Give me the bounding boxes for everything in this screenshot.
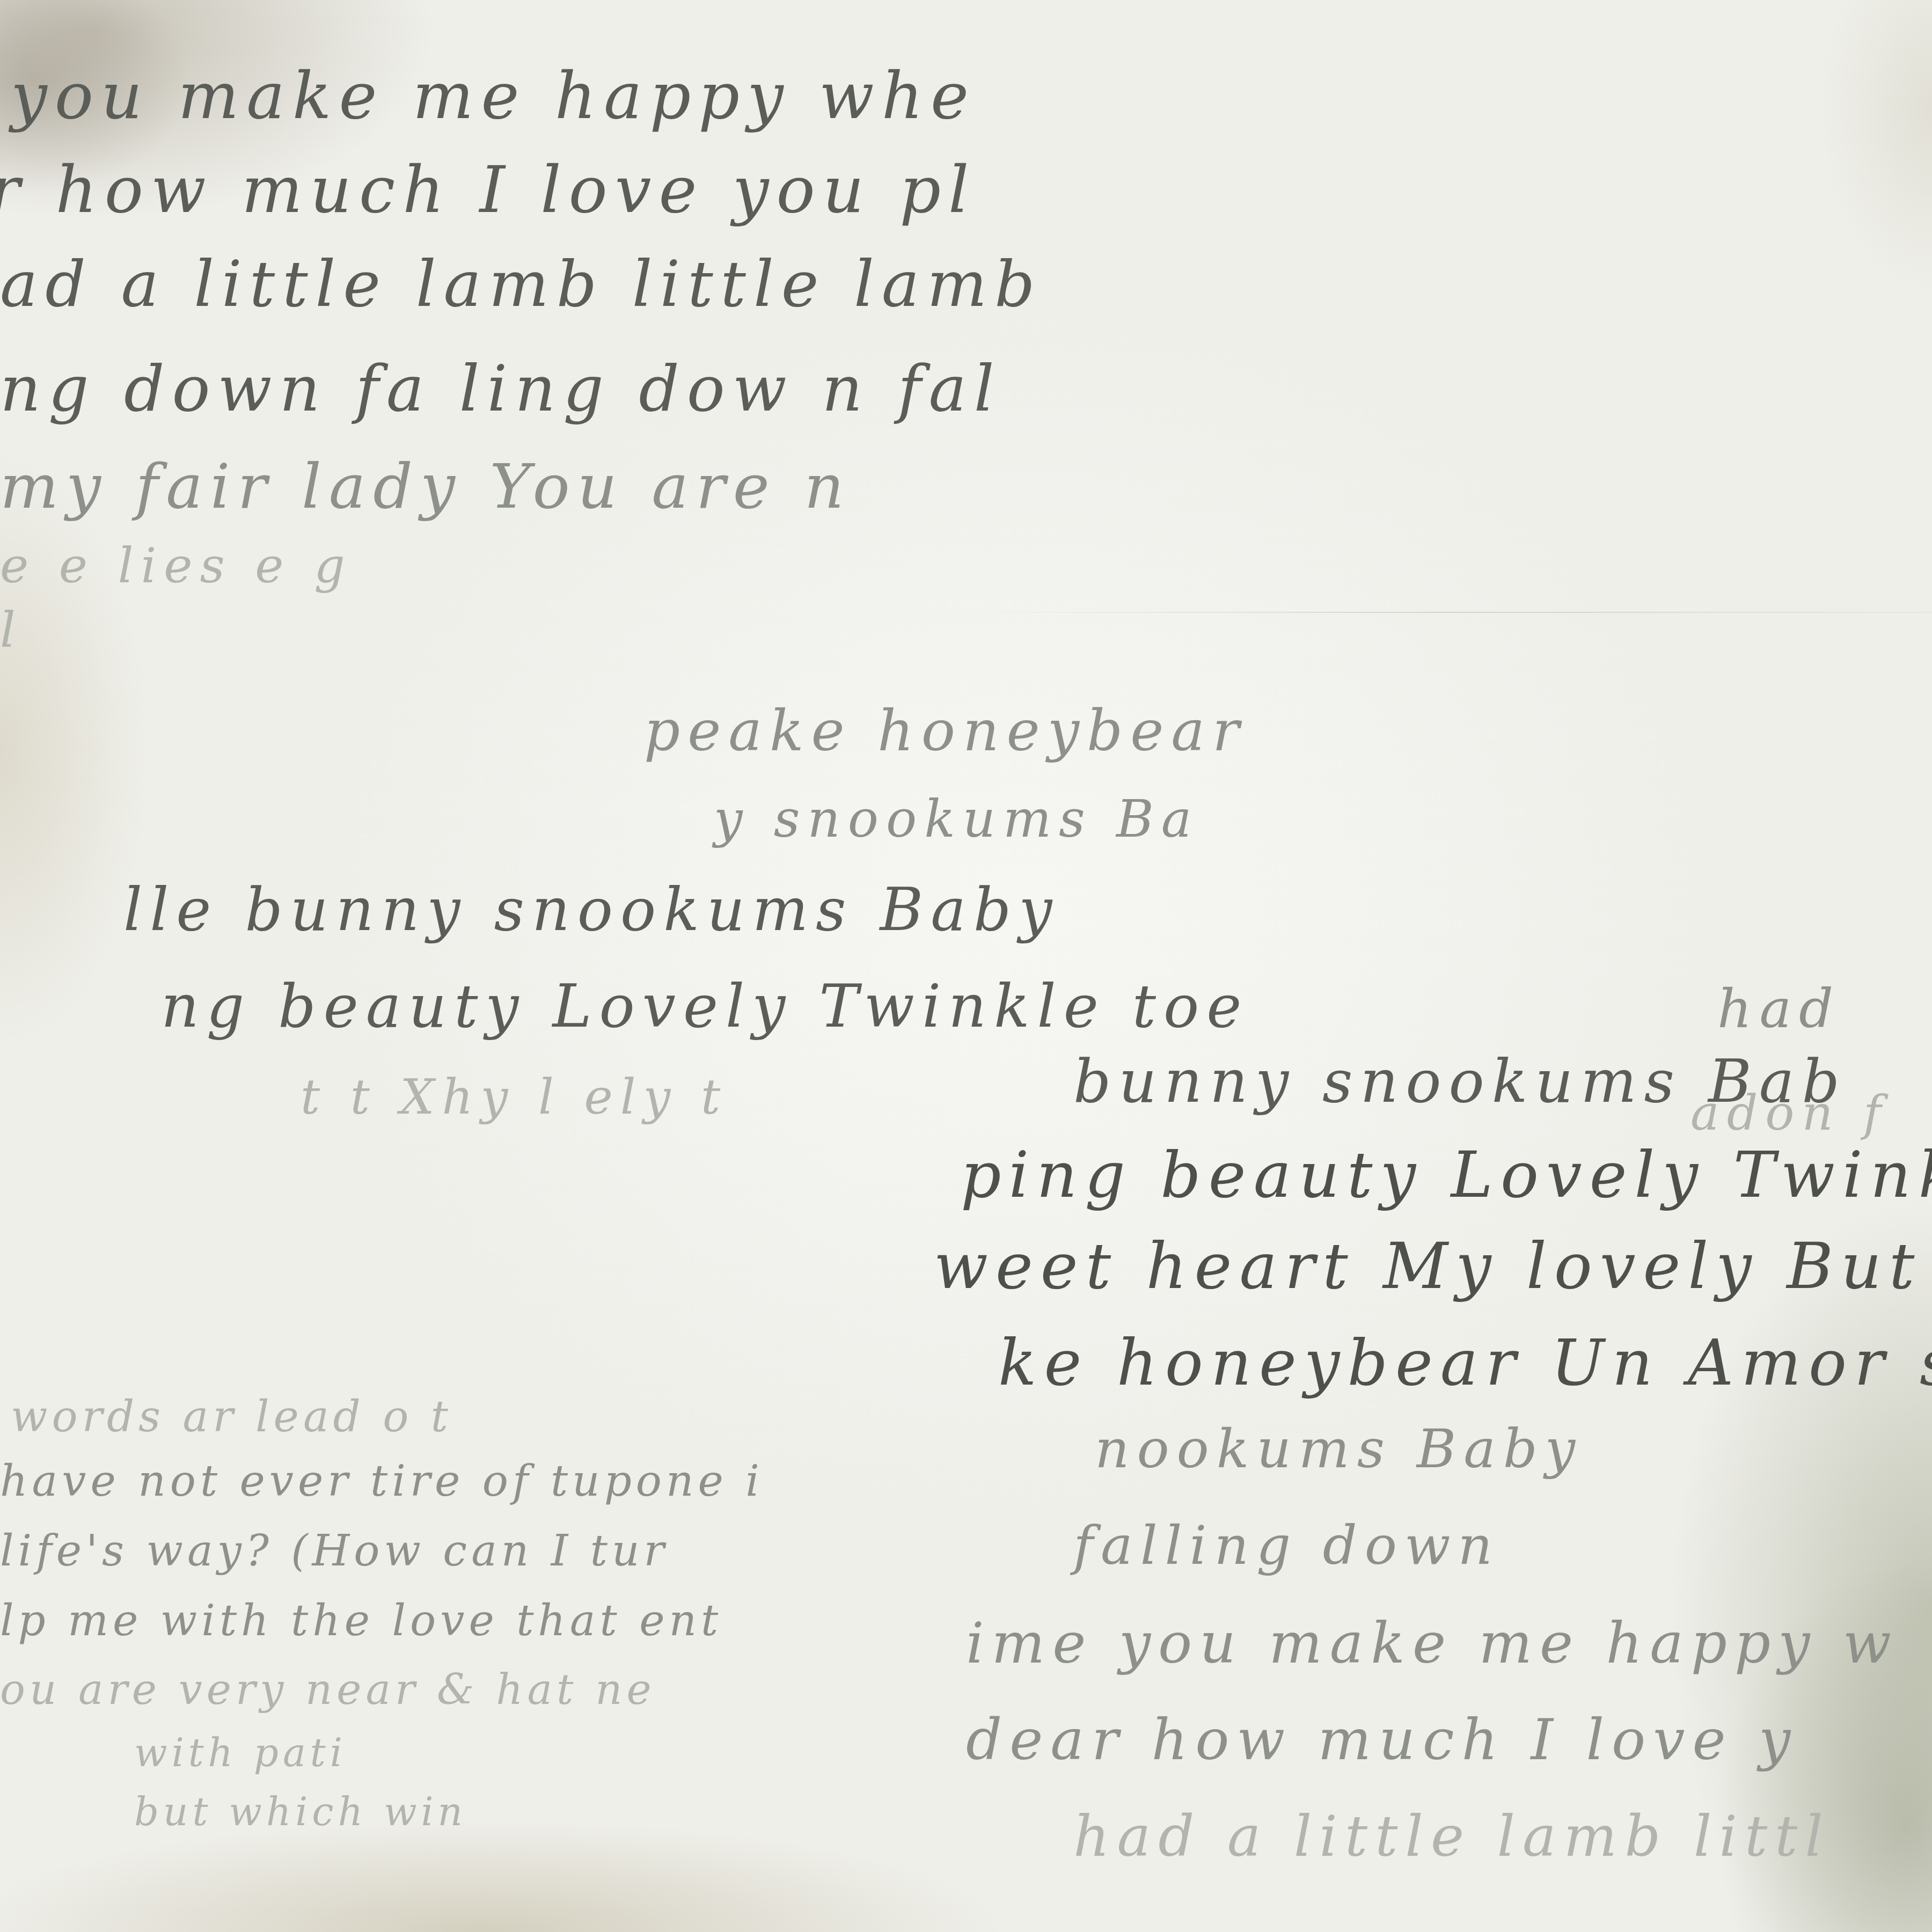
- script-line: r how much I love you pl: [0, 158, 976, 223]
- script-line: ke honeybear Un Amor su: [998, 1331, 1932, 1394]
- script-line: ng beauty Lovely Twinkle toe: [161, 977, 1249, 1036]
- script-line: life's way? (How can I tur: [0, 1529, 669, 1572]
- script-line: my fair lady You are n: [0, 456, 851, 518]
- script-line: words ar lead o t: [11, 1395, 452, 1438]
- script-line: you make me happy whe: [11, 64, 976, 129]
- script-line: nookums Baby: [1095, 1422, 1583, 1476]
- script-line: ping beauty Lovely Twink: [961, 1143, 1932, 1206]
- script-line: falling down: [1073, 1519, 1500, 1572]
- script-line: have not ever tire of tupone i: [0, 1460, 764, 1503]
- script-line: peake honeybear: [644, 703, 1247, 759]
- script-line: lle bunny snookums Baby: [123, 880, 1059, 939]
- script-line: had a little lamb littl: [1073, 1809, 1831, 1865]
- script-line: with pati: [134, 1733, 347, 1772]
- script-line: ng down fa ling dow n fal: [0, 357, 1002, 420]
- paper-fold-crease: [966, 612, 1932, 613]
- script-line: y snookums Ba: [714, 794, 1199, 845]
- script-line: ou are very near & hat ne: [0, 1669, 656, 1711]
- script-line: e e lies e g: [0, 542, 353, 590]
- script-line: lp me with the love that ent: [0, 1599, 722, 1642]
- script-line: dear how much I love y: [966, 1712, 1798, 1768]
- script-line: ime you make me happy w: [966, 1615, 1899, 1672]
- script-line: but which win: [134, 1792, 467, 1831]
- script-line: adon f: [1690, 1089, 1889, 1138]
- script-line: ad a little lamb little lamb: [0, 252, 1043, 316]
- script-line: l: [0, 606, 23, 655]
- script-line: weet heart My lovely But: [934, 1234, 1922, 1298]
- script-line: t t Xhy l ely t: [301, 1073, 728, 1122]
- script-line: had: [1717, 982, 1841, 1036]
